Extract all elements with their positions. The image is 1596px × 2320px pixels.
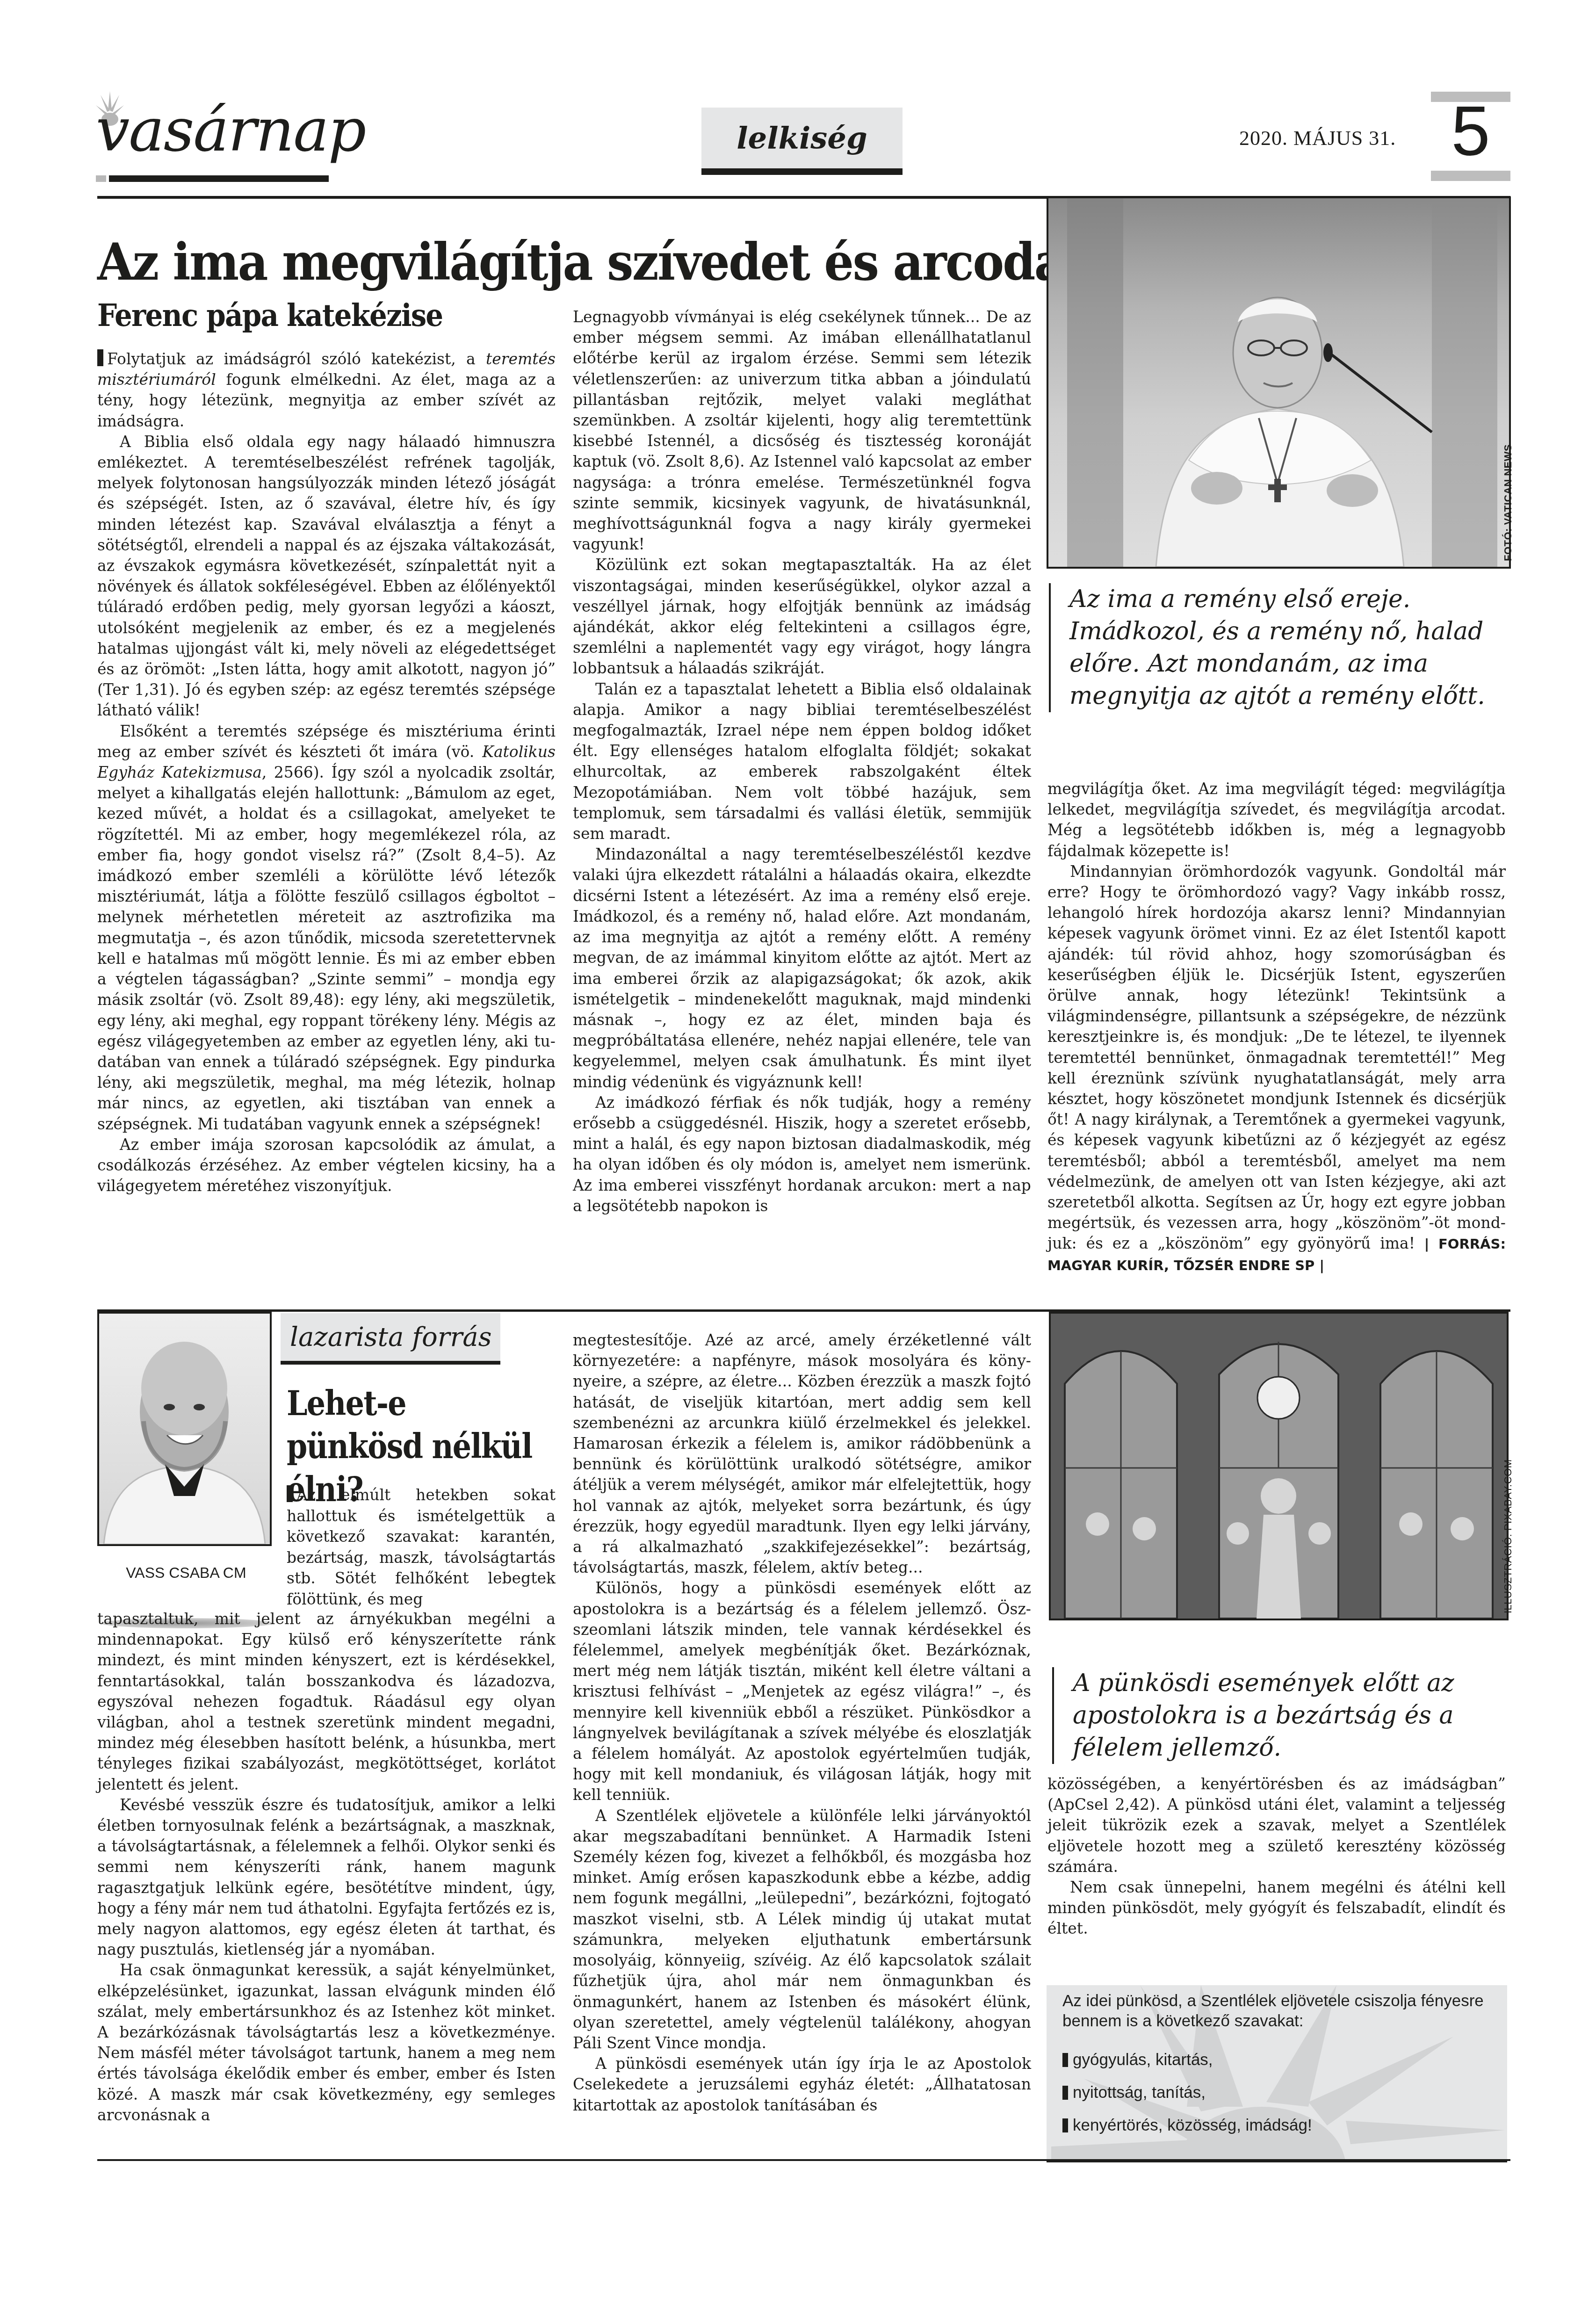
author-portrait-illustration xyxy=(99,1314,270,1544)
paragraph: Az ember imája szorosan kapcsolódik az á… xyxy=(97,1135,556,1197)
photo-credit: FOTÓ: VATICAN NEWS xyxy=(1502,444,1514,561)
page-number: 5 xyxy=(1431,96,1510,166)
article-column-2: Legnagyobb vívmányai is elég csekélynek … xyxy=(573,307,1031,1216)
paragraph: A pünkösdi események után így írja le az… xyxy=(573,2053,1031,2116)
paragraph: megtestesítője. Azé az arcé, amely érzék… xyxy=(573,1330,1031,1578)
paragraph: A Biblia első oldala egy nagy hálaadó hi… xyxy=(97,432,556,721)
paragraph: Mindazonáltal a nagy teremtéselbeszélést… xyxy=(573,844,1031,1092)
info-box-content: Az idei pünkösd, a Szentlélek eljövetele… xyxy=(1062,1991,1497,2135)
paragraph: Ha csak önmagunkat keressük, a saját kén… xyxy=(97,1960,556,2125)
article-headline: Az ima megvilágítja szívedet és arcodat! xyxy=(97,236,1103,289)
paragraph: Mindannyian örömhordozók vagyunk. Gondol… xyxy=(1047,861,1506,1276)
pope-figure-illustration xyxy=(1048,198,1509,567)
section-label: lelkiség xyxy=(701,108,903,175)
info-box-item: nyitottság, tanítás, xyxy=(1062,2082,1497,2103)
article-column-1: Folytatjuk az imádságról szóló katekézis… xyxy=(97,349,556,1196)
illustration-credit: ILLUSZTRÁCIÓ. PIXABAY.COM xyxy=(1502,1459,1514,1613)
paragraph: Legnagyobb vívmányai is elég csekélynek … xyxy=(573,307,1031,555)
bullet-square-icon xyxy=(1062,2086,1068,2100)
lead-marker-icon xyxy=(97,349,103,366)
bullet-square-icon xyxy=(1062,2053,1068,2067)
logo-underline xyxy=(109,175,329,182)
paragraph: megvilágítja őket. Az ima megvilágít tég… xyxy=(1047,779,1506,861)
article-intro: Az elmúlt hetekben sokat hallottuk és is… xyxy=(287,1485,556,1610)
article-column-1: tapasztaltuk, mit jelent az árnyékukban … xyxy=(97,1609,556,2125)
paragraph: Az elmúlt hetekben sokat hallottuk és is… xyxy=(287,1485,556,1610)
article-column-3: közösségében, a kenyértörésben és az imá… xyxy=(1047,1774,1506,1939)
article-subhead: Ferenc pápa katekézise xyxy=(97,297,442,333)
article-column-2: megtestesítője. Azé az arcé, amely érzék… xyxy=(573,1330,1031,2116)
pull-quote: A pünkösdi események előtt az apostolokr… xyxy=(1052,1667,1494,1764)
pope-photo xyxy=(1047,196,1511,569)
info-box-intro: Az idei pünkösd, a Szentlélek eljövetele… xyxy=(1062,1991,1497,2031)
paragraph: Elsőként a teremtés szépsége és misztéri… xyxy=(97,721,556,1135)
bullet-square-icon xyxy=(1062,2118,1068,2132)
paragraph: Kevésbé vesszük észre és tudatosítjuk, a… xyxy=(97,1795,556,1960)
info-box: Az idei pünkösd, a Szentlélek eljövetele… xyxy=(1047,1985,1507,2162)
page-number-bottom-bar xyxy=(1431,171,1510,181)
stained-glass-illustration xyxy=(1049,1312,1509,1620)
pull-quote: Az ima a remény első ereje. Imádkozol, é… xyxy=(1049,583,1490,712)
info-box-item: kenyértörés, közösség, imádság! xyxy=(1062,2115,1497,2135)
info-box-item: gyógyulás, kitartás, xyxy=(1062,2050,1497,2070)
paragraph: A Szentlélek eljövetele a különféle lelk… xyxy=(573,1806,1031,2053)
logo-underline-accent xyxy=(96,175,106,182)
paragraph: Különös, hogy a pünkösdi események előtt… xyxy=(573,1578,1031,1805)
stained-glass-window-icon xyxy=(1051,1314,1507,1619)
paragraph: Nem csak ünnepelni, hanem megélni és áté… xyxy=(1047,1877,1506,1939)
issue-date: 2020. MÁJUS 31. xyxy=(1239,126,1396,150)
paragraph: Folytatjuk az imádságról szóló katekézis… xyxy=(97,349,556,432)
paragraph: Közülünk ezt sokan megtapasztalták. Ha a… xyxy=(573,555,1031,679)
lead-marker-icon xyxy=(287,1485,293,1502)
paragraph: Az imádkozó férfiak és nők tudják, hogy … xyxy=(573,1092,1031,1216)
page-bottom-rule xyxy=(97,2159,1510,2161)
paragraph: közösségében, a kenyértörésben és az imá… xyxy=(1047,1774,1506,1877)
article-column-3: megvilágítja őket. Az ima megvilágít tég… xyxy=(1047,779,1506,1276)
column-kicker: lazarista forrás xyxy=(281,1313,500,1365)
paragraph: tapasztaltuk, mit jelent az árnyékukban … xyxy=(97,1609,556,1795)
logo-wordmark: vasárnap xyxy=(96,101,366,160)
newspaper-logo: vasárnap xyxy=(96,91,348,185)
paragraph: Talán ez a tapasztalat lehetett a Biblia… xyxy=(573,679,1031,845)
column-kicker-text: lazarista forrás xyxy=(290,1322,491,1352)
section-label-text: lelkiség xyxy=(737,121,867,156)
author-photo xyxy=(97,1312,272,1546)
author-byline: VASS CSABA CM xyxy=(97,1564,275,1582)
